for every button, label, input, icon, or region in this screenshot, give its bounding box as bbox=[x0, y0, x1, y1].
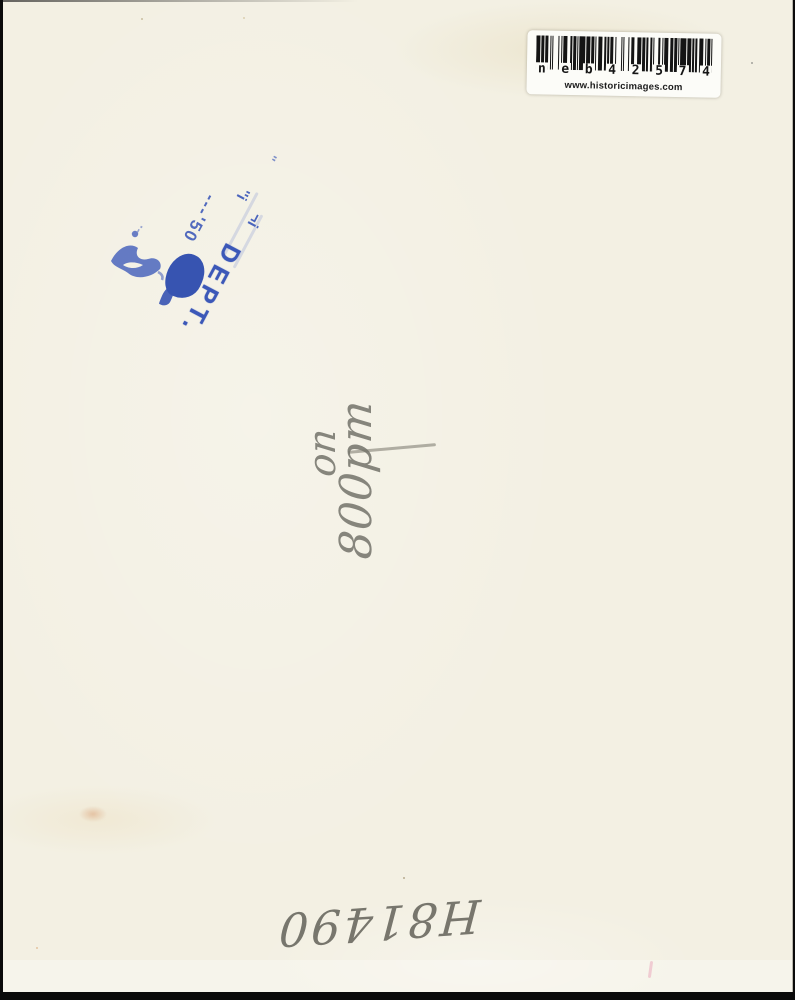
stamp-fragment: ''i bbox=[233, 185, 253, 203]
photo-back-paper: neb42574 www.historicimages.com DEPT. --… bbox=[3, 0, 793, 992]
barcode-digit: n bbox=[536, 62, 548, 76]
orange-smudge bbox=[79, 806, 107, 822]
barcode-digit: b bbox=[583, 63, 595, 77]
sticker-website-text: www.historicimages.com bbox=[526, 79, 720, 94]
barcode-sticker: neb42574 www.historicimages.com bbox=[526, 30, 721, 98]
pencil-note-line2: 800pm bbox=[331, 397, 382, 561]
pencil-code-bottom: H81490 bbox=[274, 889, 482, 958]
paper-specks bbox=[3, 0, 5, 2]
barcode-digit: 4 bbox=[700, 65, 712, 79]
stamp-fragment: '' bbox=[264, 151, 280, 164]
barcode-digit: e bbox=[559, 63, 571, 77]
pencil-code-wrap: H81490 bbox=[249, 890, 507, 956]
barcode-digit: 5 bbox=[653, 65, 665, 79]
paper-bottom-edge bbox=[3, 960, 792, 992]
stamp-date-fragment: ---'50 bbox=[178, 191, 220, 246]
barcode-digit: 2 bbox=[630, 64, 642, 78]
scan-edge-top bbox=[3, 0, 358, 2]
barcode-digit: 4 bbox=[606, 64, 618, 78]
barcode-digit: 7 bbox=[676, 65, 688, 79]
barcode-code: neb42574 bbox=[536, 61, 712, 79]
stamp-fragment: ¬i bbox=[243, 210, 265, 231]
